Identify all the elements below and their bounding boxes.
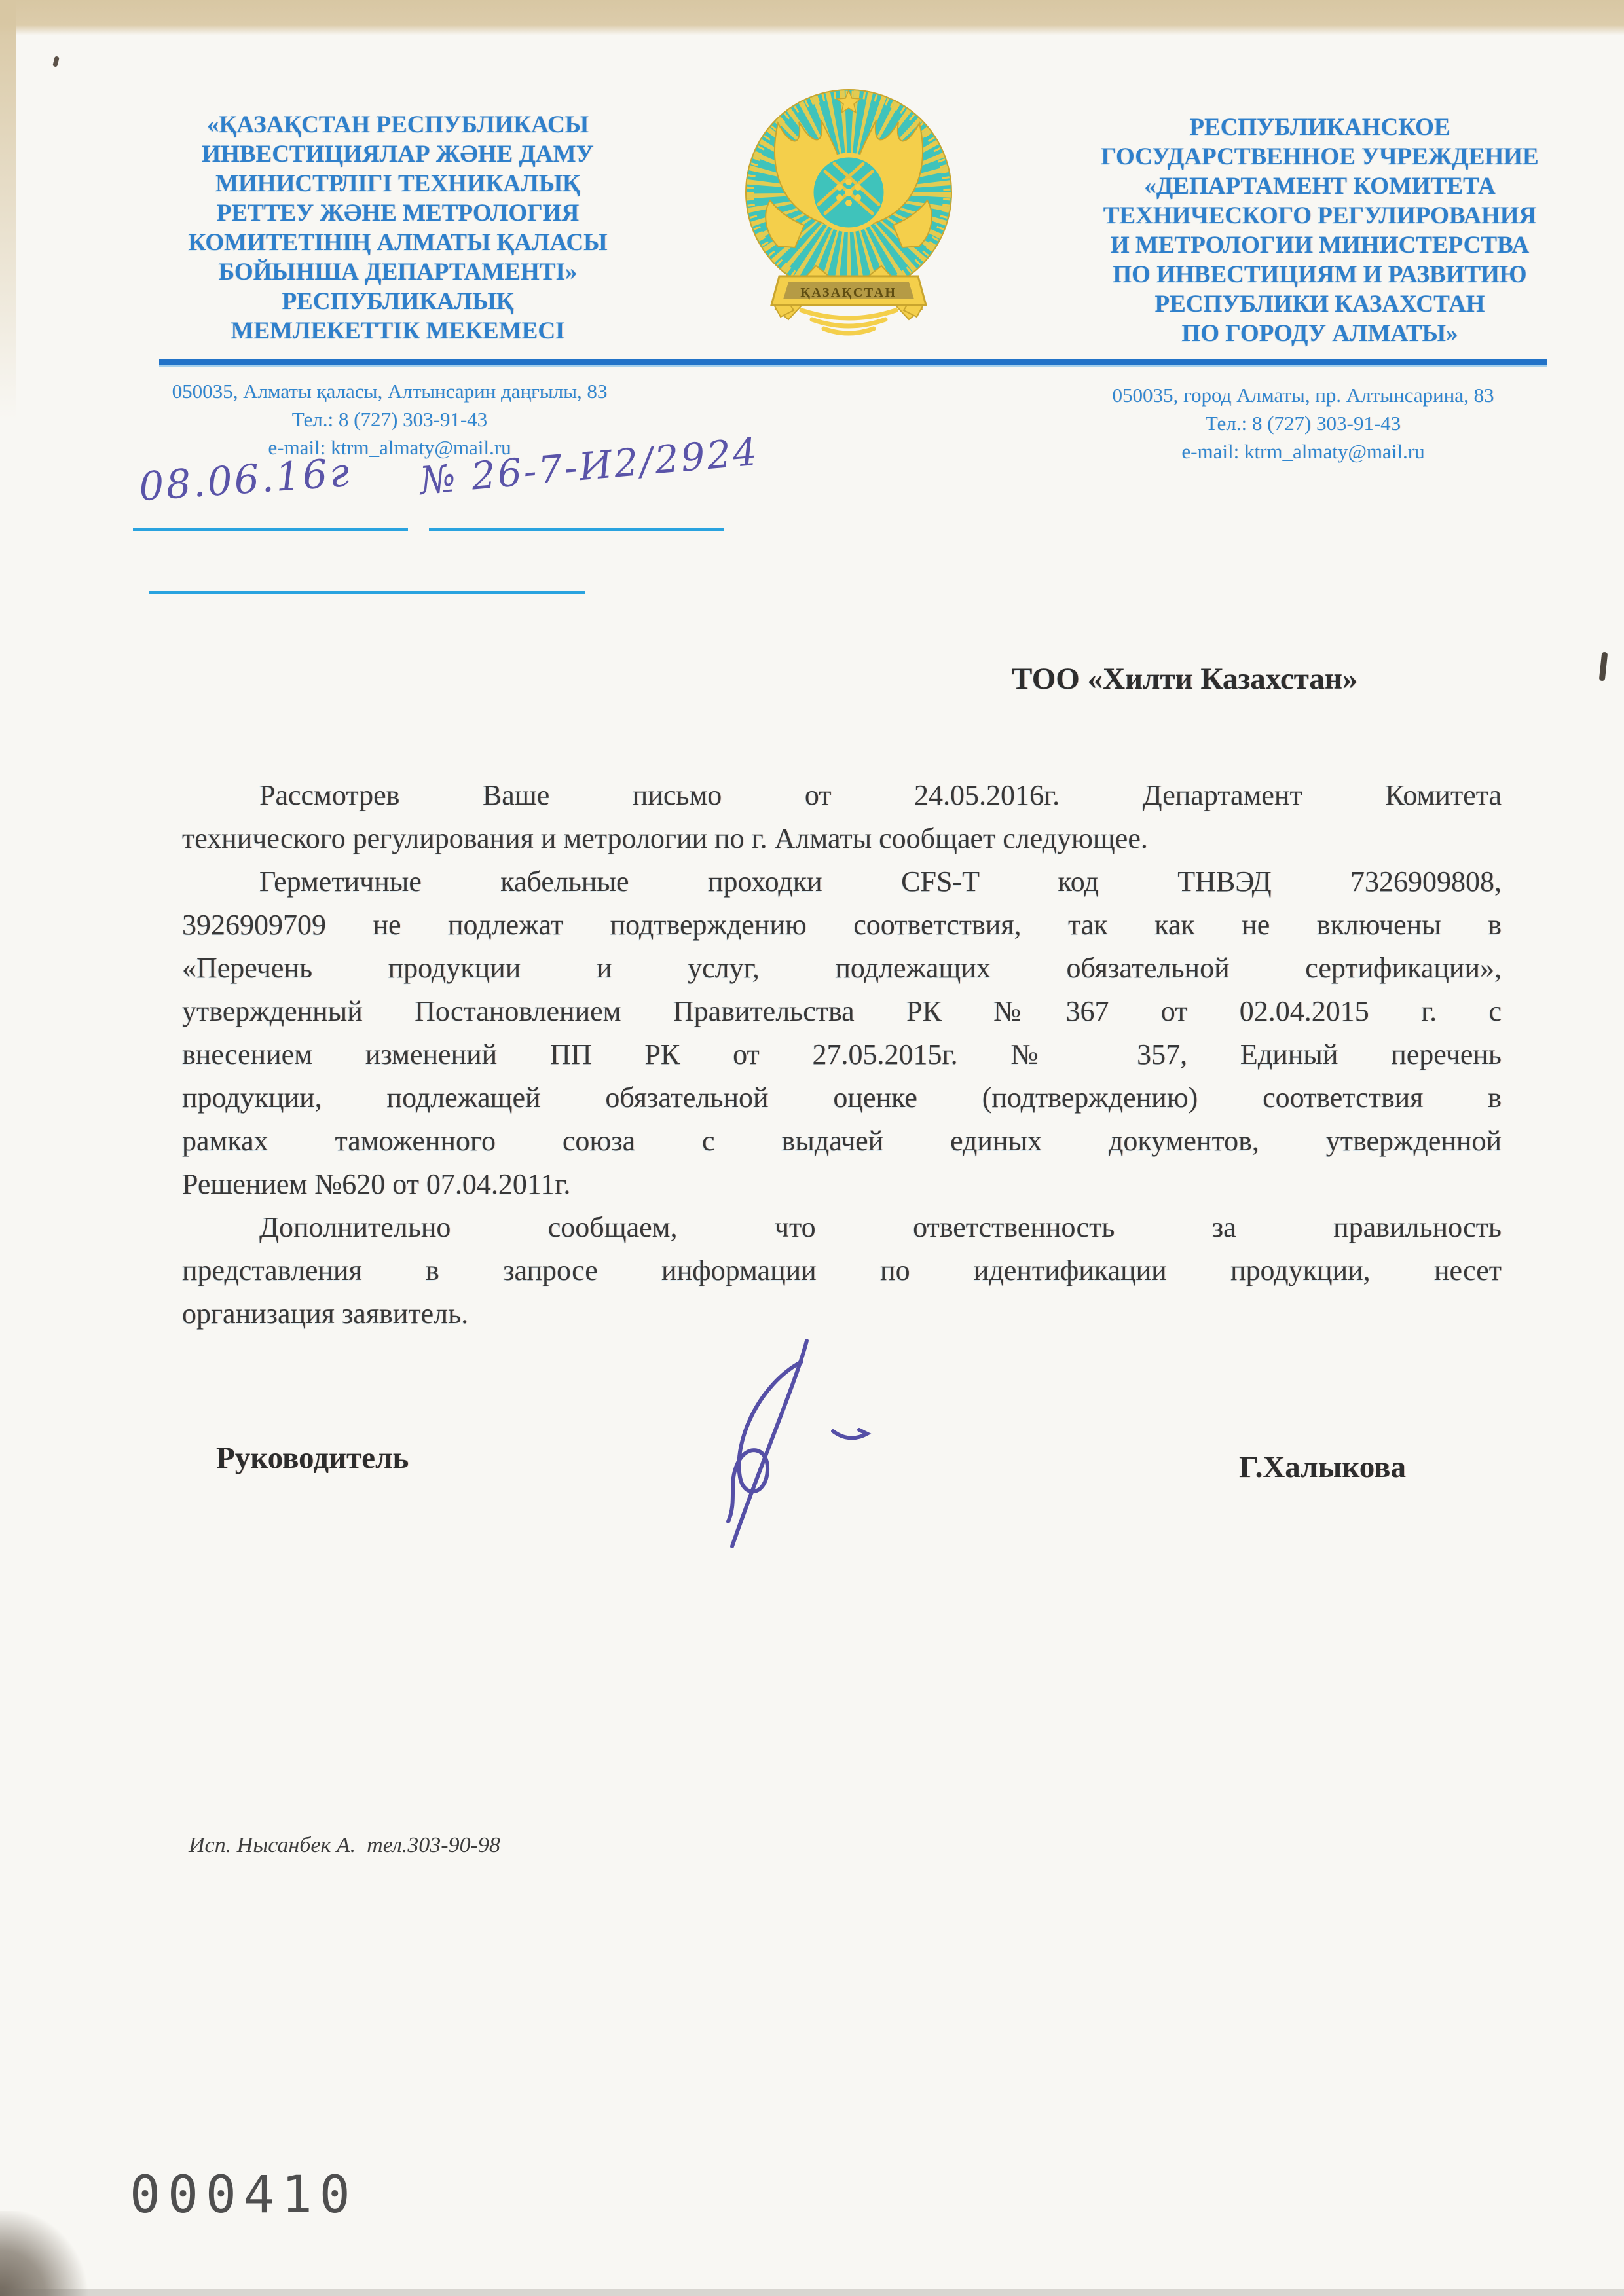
body-line: Решением №620 от 07.04.2011г.: [182, 1163, 1502, 1206]
body-line: организация заявитель.: [182, 1292, 1502, 1336]
form-number-stamp: 000410: [130, 2166, 358, 2225]
contact-phone: Тел.: 8 (727) 303-91-43: [111, 405, 668, 433]
date-underline: [133, 528, 408, 531]
body-line: Дополнительно сообщаем, что ответственно…: [182, 1206, 1502, 1249]
contact-phone: Тел.: 8 (727) 303-91-43: [1002, 409, 1604, 437]
emblem-banner-text: ҚАЗАҚСТАН: [800, 285, 896, 300]
body-line: внесением изменений ПП РК от 27.05.2015г…: [182, 1033, 1502, 1076]
scan-edge-top: [0, 0, 1624, 35]
kazakhstan-coat-of-arms-icon: ҚАЗАҚСТАН: [739, 82, 959, 342]
contact-address: 050035, Алматы қаласы, Алтынсарин даңғыл…: [111, 377, 668, 405]
scan-edge-left: [0, 0, 16, 419]
body-line: Рассмотрев Ваше письмо от 24.05.2016г. Д…: [182, 774, 1502, 817]
scan-edge-bottom: [0, 2289, 1624, 2296]
body-line: рамках таможенного союза с выдачей едины…: [182, 1120, 1502, 1163]
letterhead-divider-rule: [159, 359, 1547, 365]
body-line: представления в запросе информации по ид…: [182, 1249, 1502, 1292]
contact-email: e-mail: ktrm_almaty@mail.ru: [1002, 437, 1604, 465]
scan-speck-right-edge: [1599, 652, 1608, 682]
body-line: Герметичные кабельные проходки CFS-T код…: [182, 860, 1502, 903]
executor-line: Исп. Нысанбек А. тел.303-90-98: [189, 1833, 500, 1858]
scanned-letter-page: «ҚАЗАҚСТАН РЕСПУБЛИКАСЫ ИНВЕСТИЦИЯЛАР ЖӘ…: [0, 0, 1624, 2296]
org-name-russian: РЕСПУБЛИКАНСКОЕ ГОСУДАРСТВЕННОЕ УЧРЕЖДЕН…: [1066, 113, 1574, 348]
body-line: технического регулирования и метрологии …: [182, 817, 1502, 860]
body-line: продукции, подлежащей обязательной оценк…: [182, 1076, 1502, 1120]
handwritten-signature: [642, 1336, 884, 1552]
signer-title: Руководитель: [216, 1440, 409, 1476]
scan-shadow-bottom-left: [0, 2211, 98, 2296]
letter-body: Рассмотрев Ваше письмо от 24.05.2016г. Д…: [182, 774, 1502, 1336]
contact-address: 050035, город Алматы, пр. Алтынсарина, 8…: [1002, 381, 1604, 409]
number-underline: [429, 528, 724, 531]
org-name-kazakh: «ҚАЗАҚСТАН РЕСПУБЛИКАСЫ ИНВЕСТИЦИЯЛАР ЖӘ…: [134, 110, 661, 346]
body-line: утвержденный Постановлением Правительств…: [182, 990, 1502, 1033]
signer-name: Г.Халыкова: [1239, 1449, 1406, 1485]
body-line: «Перечень продукции и услуг, подлежащих …: [182, 947, 1502, 990]
body-line: 3926909709 не подлежат подтверждению соо…: [182, 903, 1502, 947]
contact-block-russian: 050035, город Алматы, пр. Алтынсарина, 8…: [1002, 381, 1604, 465]
recipient-name: ТОО «Хилти Казахстан»: [1012, 661, 1358, 697]
scan-speck-top-left: [52, 56, 60, 67]
blank-underline: [149, 591, 585, 594]
